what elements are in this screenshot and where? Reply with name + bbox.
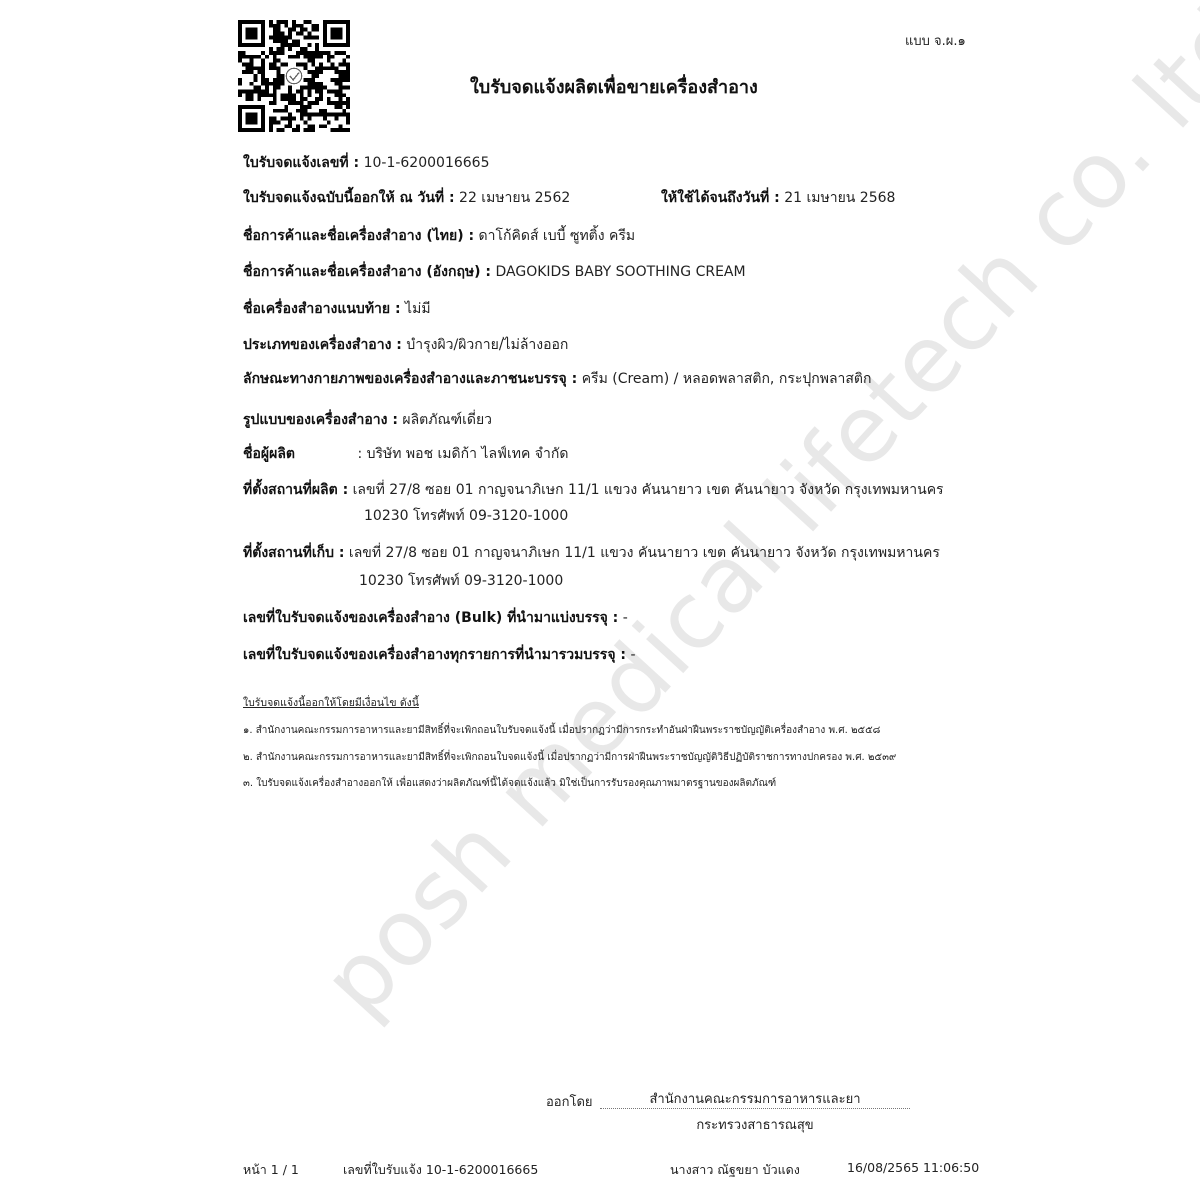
product-format-row: รูปแบบของเครื่องสำอาง : ผลิตภัณฑ์เดี่ยว: [243, 409, 492, 431]
manufacturing-site-row: ที่ตั้งสถานที่ผลิต : เลขที่ 27/8 ซอย 01 …: [243, 479, 944, 501]
field-label: ลักษณะทางกายภาพของเครื่องสำอางและภาชนะบร…: [243, 371, 577, 387]
field-label: เลขที่ใบรับจดแจ้งของเครื่องสำอางทุกรายกา…: [243, 647, 626, 663]
page-indicator: หน้า 1 / 1: [243, 1160, 299, 1180]
bulk-number: -: [623, 610, 628, 626]
issuing-organization: สำนักงานคณะกรรมการอาหารและยา: [600, 1088, 910, 1109]
field-label: ประเภทของเครื่องสำอาง :: [243, 337, 402, 353]
storage-address-line1: เลขที่ 27/8 ซอย 01 กาญจนาภิเษก 11/1 แขวง…: [349, 545, 940, 561]
field-label: ให้ใช้ได้จนถึงวันที่ :: [661, 190, 780, 206]
signature-dotted-line: [600, 1108, 910, 1109]
issue-date-row: ใบรับจดแจ้งฉบับนี้ออกให้ ณ วันที่ : 22 เ…: [243, 187, 570, 209]
qr-code-icon: [238, 20, 350, 132]
annex-name-row: ชื่อเครื่องสำอางแนบท้าย : ไม่มี: [243, 298, 431, 320]
name-english-row: ชื่อการค้าและชื่อเครื่องสำอาง (อังกฤษ) :…: [243, 261, 746, 283]
field-label: ใบรับจดแจ้งฉบับนี้ออกให้ ณ วันที่ :: [243, 190, 455, 206]
conditions-heading: ใบรับจดแจ้งนี้ออกให้โดยมีเงื่อนไข ดังนี้: [243, 694, 419, 711]
product-format: ผลิตภัณฑ์เดี่ยว: [402, 412, 492, 428]
manufacturing-address-line2: 10230 โทรศัพท์ 09-3120-1000: [364, 505, 568, 527]
footer-reference-number: เลขที่ใบรับแจ้ง 10-1-6200016665: [343, 1160, 538, 1180]
field-label: ชื่อเครื่องสำอางแนบท้าย :: [243, 301, 401, 317]
field-label: ที่ตั้งสถานที่เก็บ :: [243, 545, 344, 561]
valid-until-row: ให้ใช้ได้จนถึงวันที่ : 21 เมษายน 2568: [661, 187, 895, 209]
cosmetic-type: บำรุงผิว/ผิวกาย/ไม่ล้างออก: [406, 337, 568, 353]
field-label: เลขที่ใบรับจดแจ้งของเครื่องสำอาง (Bulk) …: [243, 610, 618, 626]
name-thai: ดาโก้คิดส์ เบบี้ ซูทติ้ง ครีม: [479, 228, 636, 244]
annex-name: ไม่มี: [405, 301, 431, 317]
field-label: รูปแบบของเครื่องสำอาง :: [243, 412, 398, 428]
officer-name: นางสาว ณัฐขยา บัวแดง: [670, 1160, 800, 1180]
certificate-page: แบบ จ.ผ.๑ ใบรับจดแจ้งผลิตเพื่อขายเครื่อง…: [0, 0, 1200, 1200]
issue-date: 22 เมษายน 2562: [459, 190, 570, 206]
form-code: แบบ จ.ผ.๑: [905, 30, 966, 51]
condition-item: ๒. สำนักงานคณะกรรมการอาหารและยามีสิทธิ์ท…: [243, 750, 896, 765]
manufacturer-row: ชื่อผู้ผลิต : บริษัท พอช เมดิก้า ไลฟ์เทค…: [243, 443, 568, 465]
print-timestamp: 16/08/2565 11:06:50: [847, 1160, 979, 1175]
field-label: ชื่อการค้าและชื่อเครื่องสำอาง (อังกฤษ) :: [243, 264, 491, 280]
document-title: ใบรับจดแจ้งผลิตเพื่อขายเครื่องสำอาง: [470, 72, 758, 101]
notification-number: 10-1-6200016665: [364, 155, 490, 171]
field-label: ใบรับจดแจ้งเลขที่ :: [243, 155, 359, 171]
manufacturer-name: : บริษัท พอช เมดิก้า ไลฟ์เทค จำกัด: [357, 446, 568, 462]
condition-item: ๑. สำนักงานคณะกรรมการอาหารและยามีสิทธิ์ท…: [243, 723, 880, 738]
name-thai-row: ชื่อการค้าและชื่อเครื่องสำอาง (ไทย) : ดา…: [243, 225, 635, 247]
condition-item: ๓. ใบรับจดแจ้งเครื่องสำอางออกให้ เพื่อแส…: [243, 776, 776, 791]
cosmetic-type-row: ประเภทของเครื่องสำอาง : บำรุงผิว/ผิวกาย/…: [243, 334, 568, 356]
name-english: DAGOKIDS BABY SOOTHING CREAM: [495, 264, 745, 280]
storage-site-row: ที่ตั้งสถานที่เก็บ : เลขที่ 27/8 ซอย 01 …: [243, 542, 940, 564]
field-label: ชื่อการค้าและชื่อเครื่องสำอาง (ไทย) :: [243, 228, 474, 244]
manufacturing-address-line1: เลขที่ 27/8 ซอย 01 กาญจนาภิเษก 11/1 แขวง…: [353, 482, 944, 498]
notification-number-row: ใบรับจดแจ้งเลขที่ : 10-1-6200016665: [243, 152, 489, 174]
combined-number: -: [630, 647, 635, 663]
combined-number-row: เลขที่ใบรับจดแจ้งของเครื่องสำอางทุกรายกา…: [243, 644, 636, 666]
field-label: ชื่อผู้ผลิต: [243, 443, 353, 465]
bulk-number-row: เลขที่ใบรับจดแจ้งของเครื่องสำอาง (Bulk) …: [243, 607, 628, 629]
storage-address-line2: 10230 โทรศัพท์ 09-3120-1000: [359, 570, 563, 592]
valid-until-date: 21 เมษายน 2568: [784, 190, 895, 206]
field-label: ที่ตั้งสถานที่ผลิต :: [243, 482, 348, 498]
issuing-ministry: กระทรวงสาธารณสุข: [600, 1114, 910, 1135]
physical-form: ครีม (Cream) / หลอดพลาสติก, กระปุกพลาสติ…: [582, 371, 872, 387]
physical-form-row: ลักษณะทางกายภาพของเครื่องสำอางและภาชนะบร…: [243, 368, 872, 390]
issued-by-label: ออกโดย: [546, 1091, 593, 1112]
